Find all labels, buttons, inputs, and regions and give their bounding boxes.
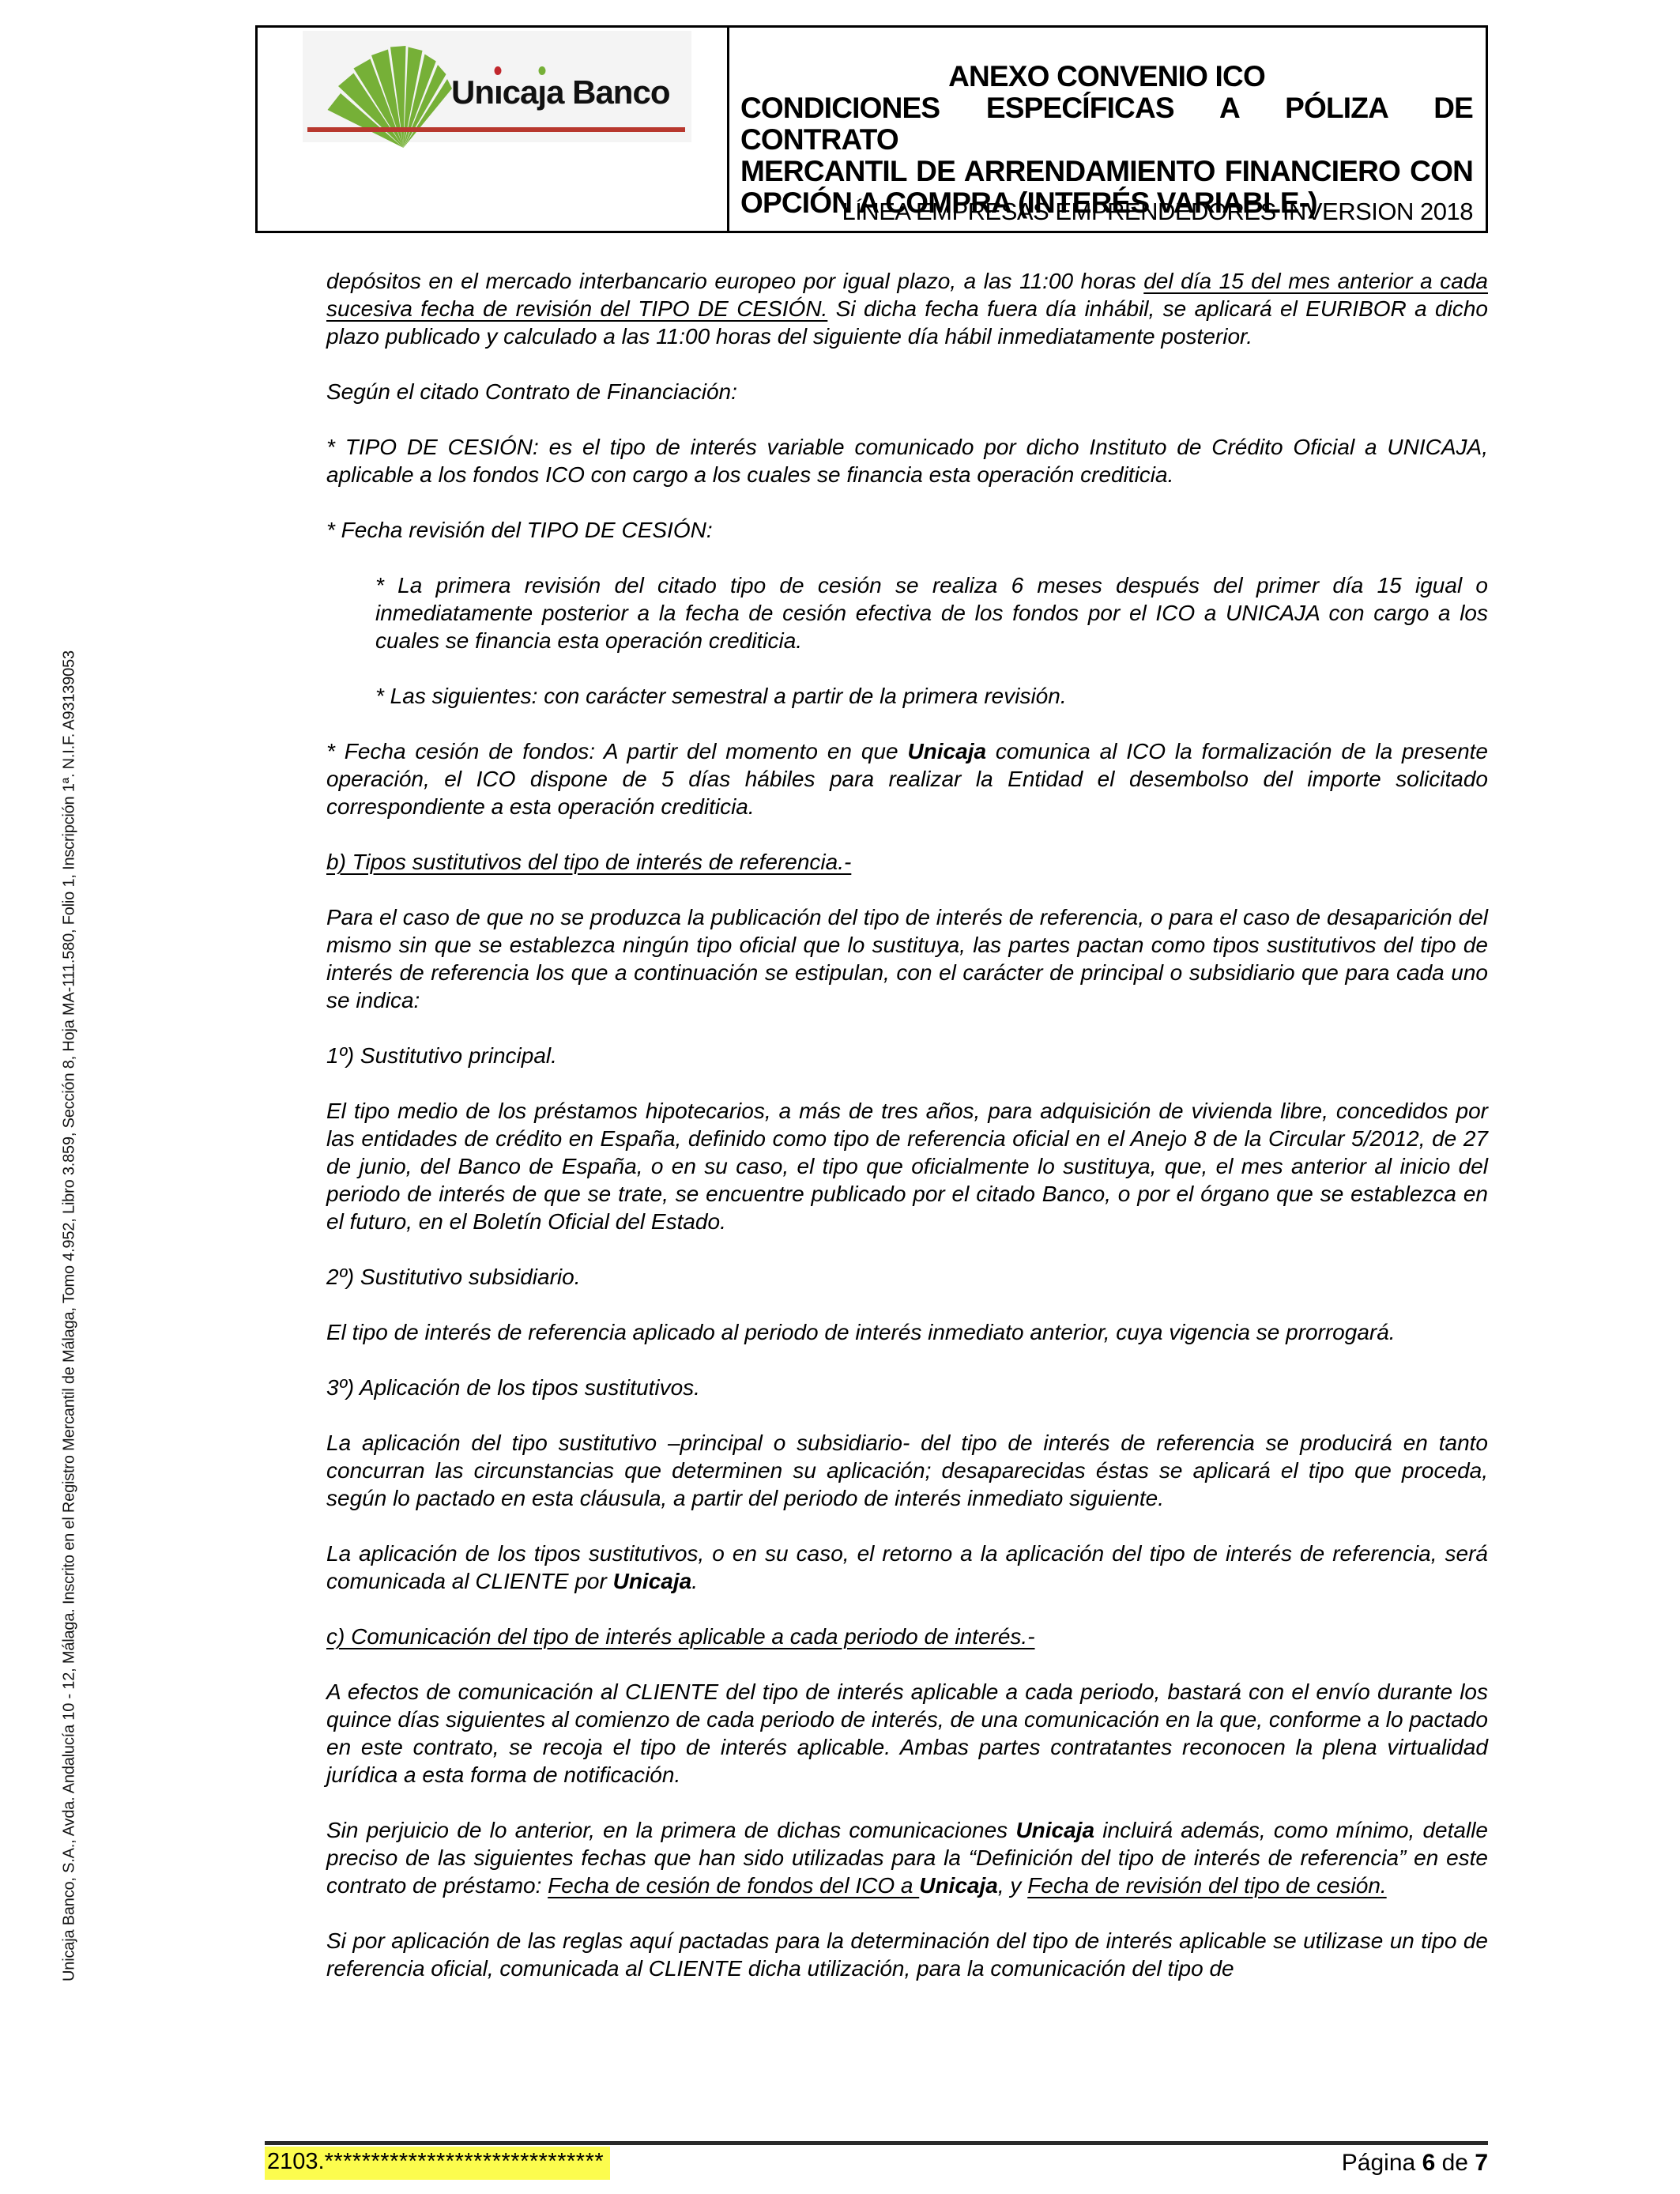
text-run: Unicaja xyxy=(919,1873,998,1898)
unicaja-fan-icon xyxy=(311,34,461,153)
body-paragraph: c) Comunicación del tipo de interés apli… xyxy=(326,1623,1488,1650)
text-run: La aplicación de los tipos sustitutivos,… xyxy=(326,1541,1488,1593)
footer-rule xyxy=(265,2141,1488,2145)
body-paragraph: Sin perjuicio de lo anterior, en la prim… xyxy=(326,1816,1488,1899)
brand-wordmark: Unıcaȷa Banco xyxy=(451,74,669,111)
registration-sidebar-text: Unicaja Banco, S.A., Avda. Andalucía 10 … xyxy=(61,650,79,1981)
text-run: , y xyxy=(998,1873,1027,1898)
body-paragraph: 1º) Sustitutivo principal. xyxy=(326,1042,1488,1069)
header-title-line-2: CONDICIONES ESPECÍFICAS A PÓLIZA DE CONT… xyxy=(740,92,1473,156)
text-run: Fecha de revisión del tipo de cesión. xyxy=(1027,1873,1387,1898)
body-paragraph: El tipo medio de los préstamos hipotecar… xyxy=(326,1097,1488,1235)
text-run: Unicaja xyxy=(1015,1818,1094,1842)
text-run: * TIPO DE CESIÓN: es el tipo de interés … xyxy=(326,435,1488,487)
text-run: * Fecha cesión de fondos: A partir del m… xyxy=(326,739,907,763)
body-paragraph: * Las siguientes: con carácter semestral… xyxy=(375,682,1488,710)
logo-background: Unıcaȷa Banco xyxy=(303,31,691,142)
text-run: Unicaja xyxy=(613,1569,692,1593)
body-paragraph: * TIPO DE CESIÓN: es el tipo de interés … xyxy=(326,433,1488,488)
reference-mask: ****************************** xyxy=(325,2149,605,2174)
text-run: . xyxy=(691,1569,698,1593)
body-paragraph: b) Tipos sustitutivos del tipo de interé… xyxy=(326,848,1488,876)
text-run: * Fecha revisión del TIPO DE CESIÓN: xyxy=(326,518,713,542)
text-run: Si por aplicación de las reglas aquí pac… xyxy=(326,1928,1488,1981)
text-run: Fecha de cesión de fondos del ICO a xyxy=(548,1873,919,1898)
text-run: * La primera revisión del citado tipo de… xyxy=(375,573,1488,653)
body-paragraph: 2º) Sustitutivo subsidiario. xyxy=(326,1263,1488,1291)
body-paragraph: La aplicación de los tipos sustitutivos,… xyxy=(326,1540,1488,1595)
text-run: b) Tipos sustitutivos del tipo de interé… xyxy=(326,850,851,874)
body-paragraph: La aplicación del tipo sustitutivo –prin… xyxy=(326,1429,1488,1512)
header-title-line-1: ANEXO CONVENIO ICO xyxy=(740,61,1473,92)
body-paragraph: A efectos de comunicación al CLIENTE del… xyxy=(326,1678,1488,1789)
title-cell: ANEXO CONVENIO ICO CONDICIONES ESPECÍFIC… xyxy=(729,28,1486,231)
of-label: de xyxy=(1442,2150,1468,2176)
body-paragraph: * Fecha revisión del TIPO DE CESIÓN: xyxy=(326,516,1488,544)
body-paragraph: Para el caso de que no se produzca la pu… xyxy=(326,903,1488,1014)
text-run: Unicaja xyxy=(907,739,986,763)
text-run: 3º) Aplicación de los tipos sustitutivos… xyxy=(326,1375,700,1400)
brand-dot xyxy=(495,66,502,75)
text-run: 1º) Sustitutivo principal. xyxy=(326,1043,557,1068)
page-number: 6 xyxy=(1422,2150,1436,2176)
page-indicator: Página 6 de 7 xyxy=(1342,2150,1488,2177)
text-run: 2º) Sustitutivo subsidiario. xyxy=(326,1265,580,1289)
total-pages: 7 xyxy=(1475,2150,1488,2176)
page-label: Página xyxy=(1342,2150,1415,2176)
text-run: * Las siguientes: con carácter semestral… xyxy=(375,684,1067,708)
header-box: Unıcaȷa Banco ANEXO CONVENIO ICO CONDICI… xyxy=(255,25,1488,233)
body-paragraph: El tipo de interés de referencia aplicad… xyxy=(326,1318,1488,1346)
text-run: Según el citado Contrato de Financiación… xyxy=(326,379,737,404)
contract-body-text: depósitos en el mercado interbancario eu… xyxy=(326,267,1488,2010)
text-run: Sin perjuicio de lo anterior, en la prim… xyxy=(326,1818,1015,1842)
header-subtitle: LÍNEA EMPRESAS EMPRENDEDORES INVERSION 2… xyxy=(842,198,1473,226)
text-run: El tipo de interés de referencia aplicad… xyxy=(326,1320,1396,1344)
body-paragraph: Si por aplicación de las reglas aquí pac… xyxy=(326,1927,1488,1982)
reference-highlight: 2103.****************************** xyxy=(265,2147,610,2180)
text-run: La aplicación del tipo sustitutivo –prin… xyxy=(326,1431,1488,1510)
body-paragraph: depósitos en el mercado interbancario eu… xyxy=(326,267,1488,350)
brand-j-dot-green: ȷ xyxy=(537,74,546,111)
body-paragraph: * Fecha cesión de fondos: A partir del m… xyxy=(326,737,1488,820)
footer-reference: 2103.****************************** xyxy=(265,2147,610,2180)
text-run: A efectos de comunicación al CLIENTE del… xyxy=(326,1679,1488,1787)
text-run: El tipo medio de los préstamos hipotecar… xyxy=(326,1099,1488,1234)
brand-i-dot-red: ı xyxy=(494,74,503,111)
text-run: depósitos en el mercado interbancario eu… xyxy=(326,269,1143,293)
text-run: c) Comunicación del tipo de interés apli… xyxy=(326,1624,1035,1649)
reference-number: 2103. xyxy=(267,2149,325,2174)
body-paragraph: * La primera revisión del citado tipo de… xyxy=(375,571,1488,654)
body-paragraph: Según el citado Contrato de Financiación… xyxy=(326,378,1488,405)
brand-dot xyxy=(538,66,545,75)
body-paragraph: 3º) Aplicación de los tipos sustitutivos… xyxy=(326,1374,1488,1401)
header-title-line-3: MERCANTIL DE ARRENDAMIENTO FINANCIERO CO… xyxy=(740,156,1473,187)
text-run: Para el caso de que no se produzca la pu… xyxy=(326,905,1488,1012)
logo-cell: Unıcaȷa Banco xyxy=(258,28,729,231)
brand-underline xyxy=(307,127,685,132)
document-page: Unicaja Banco, S.A., Avda. Andalucía 10 … xyxy=(0,0,1680,2194)
